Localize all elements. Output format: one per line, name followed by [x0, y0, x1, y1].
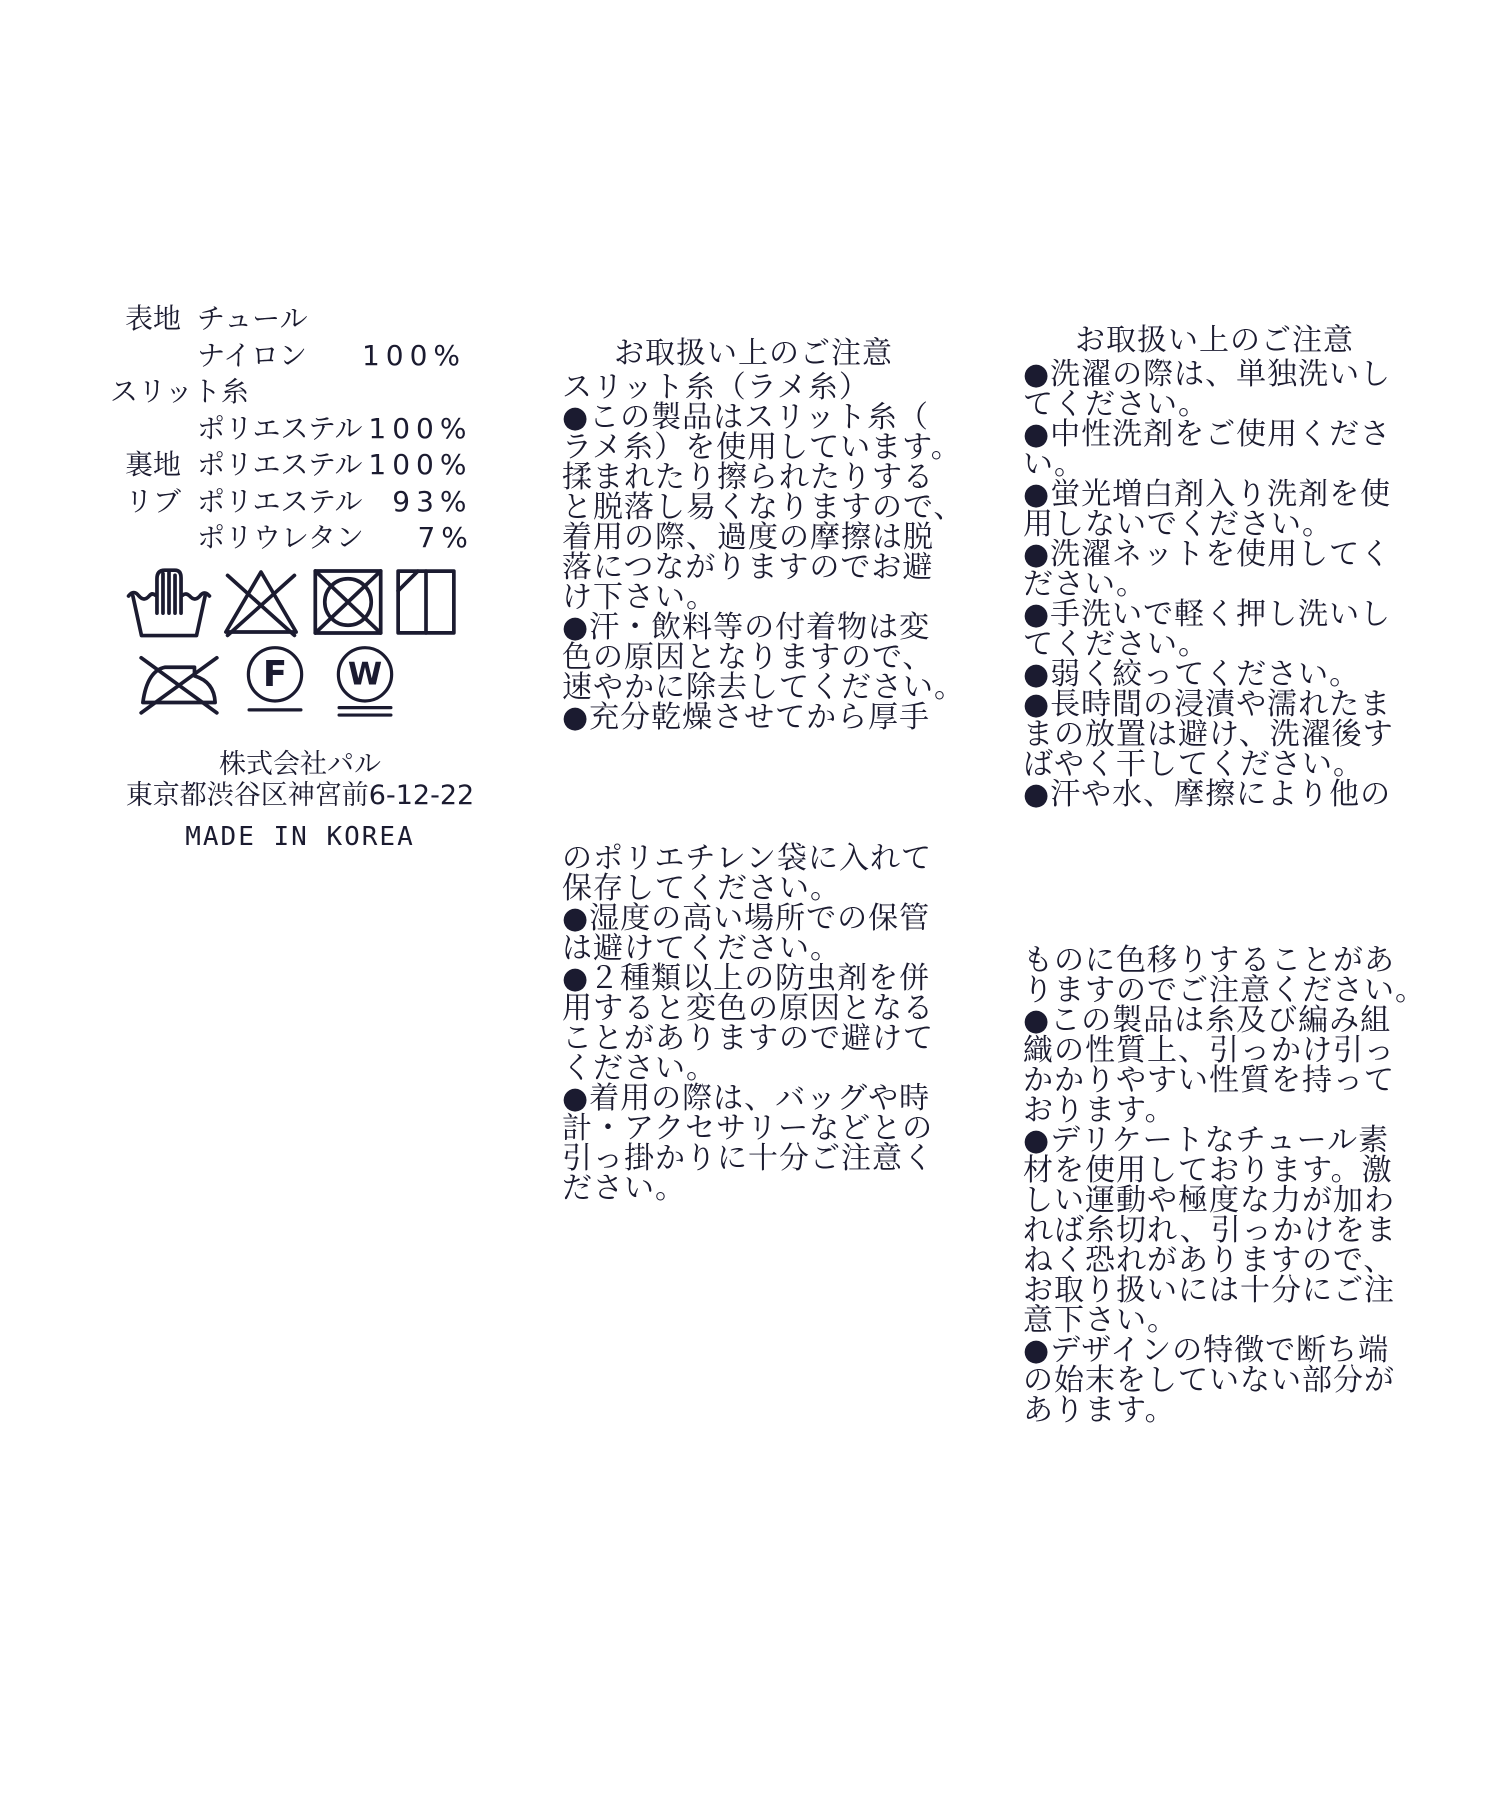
- text-line: は避けてください。: [562, 932, 992, 962]
- text-line: い。: [1023, 448, 1453, 478]
- composition-percent: 100%: [362, 411, 472, 448]
- text-line: 材を使用しております。激: [1023, 1154, 1453, 1184]
- hand-wash-icon: [126, 565, 212, 639]
- text-line: 速やかに除去してください。: [562, 671, 992, 701]
- text-line: ねく恐れがありますので、: [1023, 1244, 1453, 1274]
- text-line: しい運動や極度な力が加わ: [1023, 1184, 1453, 1214]
- text-line: 計・アクセサリーなどとの: [562, 1112, 992, 1142]
- text-line: おります。: [1023, 1094, 1453, 1124]
- care-note-lines: ●洗濯の際は、単独洗いしてください。●中性洗剤をご使用ください。●蛍光増白剤入り…: [1023, 358, 1453, 808]
- care-note-lines: スリット糸（ラメ糸）●この製品はスリット糸（ラメ糸）を使用しています。揉まれたり…: [562, 371, 992, 731]
- garment-care-label: { "colors": { "text": "#1b1b30", "backgr…: [0, 0, 1500, 1800]
- text-line: ●弱く絞ってください。: [1023, 658, 1453, 688]
- text-line: あります。: [1023, 1394, 1453, 1424]
- text-line: 落につながりますのでお避: [562, 551, 992, 581]
- composition-row: ポリウレタン 7%: [108, 520, 460, 557]
- wet-clean-w-icon: W: [328, 644, 402, 718]
- composition-material: ポリエステル: [197, 411, 362, 448]
- text-line: ●湿度の高い場所での保管: [562, 902, 992, 932]
- composition-row: スリット糸: [108, 374, 460, 411]
- text-line: ばやく干してください。: [1023, 748, 1453, 778]
- text-line: ●デザインの特徴で断ち端: [1023, 1334, 1453, 1364]
- composition-percent: 7%: [364, 520, 474, 557]
- text-line: お取り扱いには十分にご注: [1023, 1274, 1453, 1304]
- text-line: てください。: [1023, 388, 1453, 418]
- composition-row: ポリエステル 100%: [108, 411, 460, 448]
- text-line: ●デリケートなチュール素: [1023, 1124, 1453, 1154]
- care-note-lines: のポリエチレン袋に入れて保存してください。●湿度の高い場所での保管は避けてくださ…: [562, 842, 992, 1202]
- text-line: ●洗濯の際は、単独洗いし: [1023, 358, 1453, 388]
- care-note-right-bottom: ものに色移りすることがありますのでご注意ください。●この製品は糸及び編み組織の性…: [1023, 944, 1453, 1424]
- text-line: ださい。: [1023, 568, 1453, 598]
- country-of-origin: MADE IN KOREA: [88, 822, 512, 853]
- care-note-right-top: お取扱い上のご注意 ●洗濯の際は、単独洗いしてください。●中性洗剤をご使用くださ…: [1023, 324, 1453, 808]
- composition-part: [108, 520, 197, 557]
- text-line: の始末をしていない部分が: [1023, 1364, 1453, 1394]
- care-symbols-row-1: [126, 565, 459, 639]
- composition-part: [108, 411, 197, 448]
- text-line: ●蛍光増白剤入り洗剤を使: [1023, 478, 1453, 508]
- text-line: かかりやすい性質を持って: [1023, 1064, 1453, 1094]
- composition-percent: 100%: [356, 338, 466, 375]
- text-line: のポリエチレン袋に入れて: [562, 842, 992, 872]
- company-address: 東京都渋谷区神宮前6-12-22: [88, 780, 512, 811]
- composition-percent: 93%: [362, 484, 472, 521]
- text-line: ●中性洗剤をご使用くださ: [1023, 418, 1453, 448]
- composition-percent: [356, 301, 466, 338]
- composition-percent: 100%: [362, 447, 472, 484]
- text-line: け下さい。: [562, 581, 992, 611]
- text-line: ものに色移りすることがあ: [1023, 944, 1453, 974]
- text-line: ●２種類以上の防虫剤を併: [562, 962, 992, 992]
- text-line: ●手洗いで軽く押し洗いし: [1023, 598, 1453, 628]
- line-dry-shade-icon: [393, 565, 459, 639]
- do-not-tumble-dry-icon: [310, 565, 386, 639]
- text-line: りますのでご注意ください。: [1023, 974, 1453, 1004]
- composition-row: 裏地 ポリエステル 100%: [108, 447, 460, 484]
- text-line: 着用の際、過度の摩擦は脱: [562, 521, 992, 551]
- text-line: ●洗濯ネットを使用してく: [1023, 538, 1453, 568]
- text-line: ●充分乾燥させてから厚手: [562, 701, 992, 731]
- text-line: ●汗・飲料等の付着物は変: [562, 611, 992, 641]
- text-line: と脱落し易くなりますので、: [562, 491, 992, 521]
- dry-clean-letter: F: [263, 654, 287, 695]
- care-note-lines: ものに色移りすることがありますのでご注意ください。●この製品は糸及び編み組織の性…: [1023, 944, 1453, 1424]
- do-not-bleach-icon: [219, 565, 303, 639]
- composition-part: [108, 338, 197, 375]
- text-line: れば糸切れ、引っかけをま: [1023, 1214, 1453, 1244]
- text-line: ことがありますので避けて: [562, 1022, 992, 1052]
- wet-clean-letter: W: [348, 657, 382, 693]
- text-line: ●汗や水、摩擦により他の: [1023, 778, 1453, 808]
- text-line: 用すると変色の原因となる: [562, 992, 992, 1022]
- composition-material: ポリエステル: [197, 484, 362, 521]
- care-note-heading: お取扱い上のご注意: [1023, 324, 1453, 358]
- composition-part: リブ: [108, 484, 197, 521]
- composition-part: スリット糸: [108, 374, 197, 411]
- text-line: ●長時間の浸漬や濡れたま: [1023, 688, 1453, 718]
- text-line: 引っ掛かりに十分ご注意く: [562, 1142, 992, 1172]
- text-line: 用しないでください。: [1023, 508, 1453, 538]
- do-not-iron-icon: [136, 644, 222, 718]
- composition-part: 裏地: [108, 447, 197, 484]
- text-line: ●この製品はスリット糸（: [562, 401, 992, 431]
- composition-material: チュール: [197, 301, 356, 338]
- text-line: まの放置は避け、洗濯後す: [1023, 718, 1453, 748]
- composition-material: ナイロン: [197, 338, 356, 375]
- fabric-composition-block: 表地 チュール ナイロン 100% スリット糸 ポリエステル 100% 裏地 ポ…: [108, 301, 460, 557]
- composition-row: リブ ポリエステル 93%: [108, 484, 460, 521]
- composition-material: ポリウレタン: [197, 520, 364, 557]
- care-note-left-top: お取扱い上のご注意 スリット糸（ラメ糸）●この製品はスリット糸（ラメ糸）を使用し…: [562, 337, 992, 731]
- text-line: ください。: [562, 1052, 992, 1082]
- dry-clean-f-icon: F: [238, 644, 312, 718]
- text-line: ださい。: [562, 1172, 992, 1202]
- composition-part: 表地: [108, 301, 197, 338]
- care-note-heading: お取扱い上のご注意: [562, 337, 992, 371]
- text-line: スリット糸（ラメ糸）: [562, 371, 992, 401]
- care-symbols-row-2: F W: [136, 644, 402, 718]
- text-line: ●この製品は糸及び編み組: [1023, 1004, 1453, 1034]
- company-name: 株式会社パル: [88, 749, 512, 780]
- composition-row: 表地 チュール: [108, 301, 460, 338]
- text-line: 保存してください。: [562, 872, 992, 902]
- text-line: ●着用の際は、バッグや時: [562, 1082, 992, 1112]
- care-note-left-bottom: のポリエチレン袋に入れて保存してください。●湿度の高い場所での保管は避けてくださ…: [562, 842, 992, 1202]
- text-line: 意下さい。: [1023, 1304, 1453, 1334]
- composition-material: [197, 374, 356, 411]
- text-line: 色の原因となりますので、: [562, 641, 992, 671]
- text-line: ラメ糸）を使用しています。: [562, 431, 992, 461]
- composition-percent: [356, 374, 466, 411]
- text-line: てください。: [1023, 628, 1453, 658]
- text-line: 揉まれたり擦られたりする: [562, 461, 992, 491]
- text-line: 織の性質上、引っかけ引っ: [1023, 1034, 1453, 1064]
- composition-material: ポリエステル: [197, 447, 362, 484]
- composition-row: ナイロン 100%: [108, 338, 460, 375]
- manufacturer-block: 株式会社パル 東京都渋谷区神宮前6-12-22 MADE IN KOREA: [88, 749, 512, 853]
